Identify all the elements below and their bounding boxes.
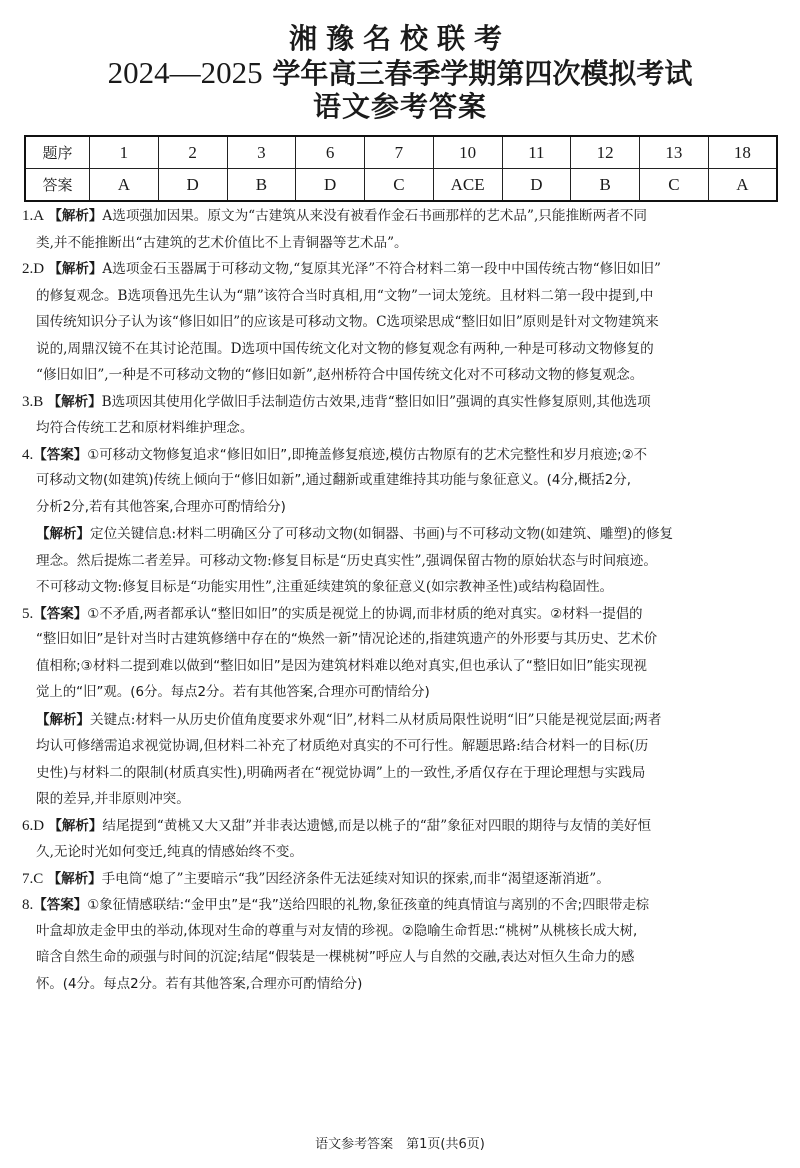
answer-text: 可移动文物(如建筑)传统上倾向于“修旧如新”,通过翻新或重建维持其功能与象征意义…: [22, 468, 782, 495]
explanation-text: A选项强加因果。原文为“古建筑从来没有被看作金石书画那样的艺术品”,只能推断两者…: [102, 208, 647, 224]
item-number: 6.D: [22, 818, 44, 834]
explanation-text: 手电筒“熄了”主要暗示“我”因经济条件无法延续对知识的探索,而非“渴望逐渐消逝”…: [102, 871, 610, 887]
answer-cell: B: [571, 169, 640, 202]
answer-cell: ACE: [433, 169, 502, 202]
analysis-tag: 【解析】: [48, 818, 102, 834]
answer-cell: D: [158, 169, 227, 202]
answer-tag: 【答案】: [33, 897, 87, 913]
question-number: 12: [571, 136, 640, 169]
item-number: 5.: [22, 606, 33, 622]
analysis-tag: 【解析】: [36, 712, 90, 728]
analysis-text: 理念。然后提炼二者差异。可移动文物:修复目标是“历史真实性”,强调保留古物的原始…: [22, 548, 782, 575]
row-label-question: 题序: [25, 136, 90, 169]
answer-explanations: 1.A 【解析】A选项强加因果。原文为“古建筑从来没有被看作金石书画那样的艺术品…: [22, 203, 782, 998]
question-number: 7: [365, 136, 434, 169]
analysis-tag: 【解析】: [48, 871, 102, 887]
analysis-tag: 【解析】: [48, 261, 102, 277]
explanation-item-8: 8.【答案】①象征情感联结:“金甲虫”是“我”送给四眼的礼物,象征孩童的纯真情谊…: [22, 892, 782, 998]
item-number: 1.A: [22, 208, 44, 224]
explanation-item-2: 2.D 【解析】A选项金石玉器属于可移动文物,“复原其光泽”不符合材料二第一段中…: [22, 256, 782, 389]
question-number: 1: [90, 136, 159, 169]
document-title-block: 湘豫名校联考 2024—2025 学年高三春季学期第四次模拟考试 语文参考答案: [0, 22, 800, 124]
question-number: 3: [227, 136, 296, 169]
row-label-answer: 答案: [25, 169, 90, 202]
answer-cell: A: [90, 169, 159, 202]
explanation-text: A选项金石玉器属于可移动文物,“复原其光泽”不符合材料二第一段中中国传统古物“修…: [102, 261, 661, 277]
analysis-text: 不可移动文物:修复目标是“功能实用性”,注重延续建筑的象征意义(如宗教神圣性)或…: [22, 574, 782, 601]
answer-key-table: 题序 1 2 3 6 7 10 11 12 13 18 答案 A D B D C…: [24, 135, 778, 202]
item-number: 8.: [22, 897, 33, 913]
answer-text: 觉上的“旧”观。(6分。每点2分。若有其他答案,合理亦可酌情给分): [22, 680, 782, 707]
question-number: 13: [640, 136, 709, 169]
exam-name-title: 2024—2025 学年高三春季学期第四次模拟考试: [0, 56, 800, 90]
answer-cell: D: [502, 169, 571, 202]
analysis-tag: 【解析】: [48, 208, 102, 224]
explanation-text: 结尾提到“黄桃又大又甜”并非表达遗憾,而是以桃子的“甜”象征对四眼的期待与友情的…: [102, 818, 651, 834]
explanation-item-6: 6.D 【解析】结尾提到“黄桃又大又甜”并非表达遗憾,而是以桃子的“甜”象征对四…: [22, 813, 782, 866]
explanation-text: 均符合传统工艺和原材料维护理念。: [22, 415, 782, 442]
question-number: 11: [502, 136, 571, 169]
school-year: 2024—2025: [108, 55, 263, 90]
analysis-tag: 【解析】: [48, 394, 102, 410]
analysis-text: 关键点:材料一从历史价值角度要求外观“旧”,材料二从材质局限性说明“旧”只能是视…: [90, 712, 661, 728]
answer-text: 怀。(4分。每点2分。若有其他答案,合理亦可酌情给分): [22, 972, 782, 999]
page-footer: 语文参考答案 第1页(共6页): [0, 1133, 800, 1152]
answer-text: 叶盒却放走金甲虫的举动,体现对生命的尊重与对友情的珍视。②隐喻生命哲思:“桃树”…: [22, 919, 782, 946]
analysis-text: 均认可修缮需追求视觉协调,但材料二补充了材质绝对真实的不可行性。解题思路:结合材…: [22, 733, 782, 760]
question-number: 2: [158, 136, 227, 169]
explanation-text: 久,无论时光如何变迁,纯真的情感始终不变。: [22, 839, 782, 866]
item-number: 2.D: [22, 261, 44, 277]
explanation-text: 说的,周鼎汉镜不在其讨论范围。D选项中国传统文化对文物的修复观念有两种,一种是可…: [22, 336, 782, 363]
explanation-item-1: 1.A 【解析】A选项强加因果。原文为“古建筑从来没有被看作金石书画那样的艺术品…: [22, 203, 782, 256]
analysis-text: 限的差异,并非原则冲突。: [22, 786, 782, 813]
answer-text: 暗含自然生命的顽强与时间的沉淀;结尾“假装是一棵桃树”呼应人与自然的交融,表达对…: [22, 945, 782, 972]
document-subtitle: 语文参考答案: [0, 90, 800, 124]
explanation-text: B选项因其使用化学做旧手法制造仿古效果,违背“整旧如旧”强调的真实性修复原则,其…: [102, 394, 651, 410]
answer-text: “整旧如旧”是针对当时古建筑修缮中存在的“焕然一新”情况论述的,指建筑遗产的外形…: [22, 627, 782, 654]
explanation-item-4: 4.【答案】①可移动文物修复追求“修旧如旧”,即掩盖修复痕迹,模仿古物原有的艺术…: [22, 442, 782, 601]
analysis-tag: 【解析】: [36, 526, 90, 542]
answer-cell: C: [365, 169, 434, 202]
explanation-item-3: 3.B 【解析】B选项因其使用化学做旧手法制造仿古效果,违背“整旧如旧”强调的真…: [22, 389, 782, 442]
answer-tag: 【答案】: [33, 447, 87, 463]
question-number: 18: [708, 136, 777, 169]
question-number-row: 题序 1 2 3 6 7 10 11 12 13 18: [25, 136, 777, 169]
item-number: 3.B: [22, 394, 43, 410]
question-number: 6: [296, 136, 365, 169]
answer-tag: 【答案】: [33, 606, 87, 622]
item-number: 4.: [22, 447, 33, 463]
answer-text: ①可移动文物修复追求“修旧如旧”,即掩盖修复痕迹,模仿古物原有的艺术完整性和岁月…: [87, 448, 647, 463]
analysis-text: 史性)与材料二的限制(材质真实性),明确两者在“视觉协调”上的一致性,矛盾仅存在…: [22, 760, 782, 787]
explanation-text: 的修复观念。B选项鲁迅先生认为“鼎”该符合当时真相,用“文物”一词太笼统。且材料…: [22, 283, 782, 310]
item-number: 7.C: [22, 871, 43, 887]
answer-cell: D: [296, 169, 365, 202]
answer-cell: B: [227, 169, 296, 202]
explanation-item-7: 7.C 【解析】手电筒“熄了”主要暗示“我”因经济条件无法延续对知识的探索,而非…: [22, 866, 782, 893]
explanation-item-5: 5.【答案】①不矛盾,两者都承认“整旧如旧”的实质是视觉上的协调,而非材质的绝对…: [22, 601, 782, 813]
question-number: 10: [433, 136, 502, 169]
explanation-text: 类,并不能推断出“古建筑的艺术价值比不上青铜器等艺术品”。: [22, 230, 782, 257]
answer-cell: A: [708, 169, 777, 202]
analysis-text: 定位关键信息:材料二明确区分了可移动文物(如铜器、书画)与不可移动文物(如建筑、…: [90, 526, 673, 542]
exam-name: 学年高三春季学期第四次模拟考试: [272, 57, 692, 90]
answer-text: ①象征情感联结:“金甲虫”是“我”送给四眼的礼物,象征孩童的纯真情谊与离别的不舍…: [87, 898, 649, 913]
explanation-text: 国传统知识分子认为该“修旧如旧”的应该是可移动文物。C选项梁思成“整旧如旧”原则…: [22, 309, 782, 336]
answer-text: 分析2分,若有其他答案,合理亦可酌情给分): [22, 495, 782, 522]
exam-consortium-title: 湘豫名校联考: [0, 22, 800, 56]
answer-row: 答案 A D B D C ACE D B C A: [25, 169, 777, 202]
explanation-text: “修旧如旧”,一种是不可移动文物的“修旧如新”,赵州桥符合中国传统文化对不可移动…: [22, 362, 782, 389]
answer-cell: C: [640, 169, 709, 202]
answer-text: ①不矛盾,两者都承认“整旧如旧”的实质是视觉上的协调,而非材质的绝对真实。②材料…: [87, 607, 642, 622]
answer-text: 值相称;③材料二提到难以做到“整旧如旧”是因为建筑材料难以绝对真实,但也承认了“…: [22, 654, 782, 681]
